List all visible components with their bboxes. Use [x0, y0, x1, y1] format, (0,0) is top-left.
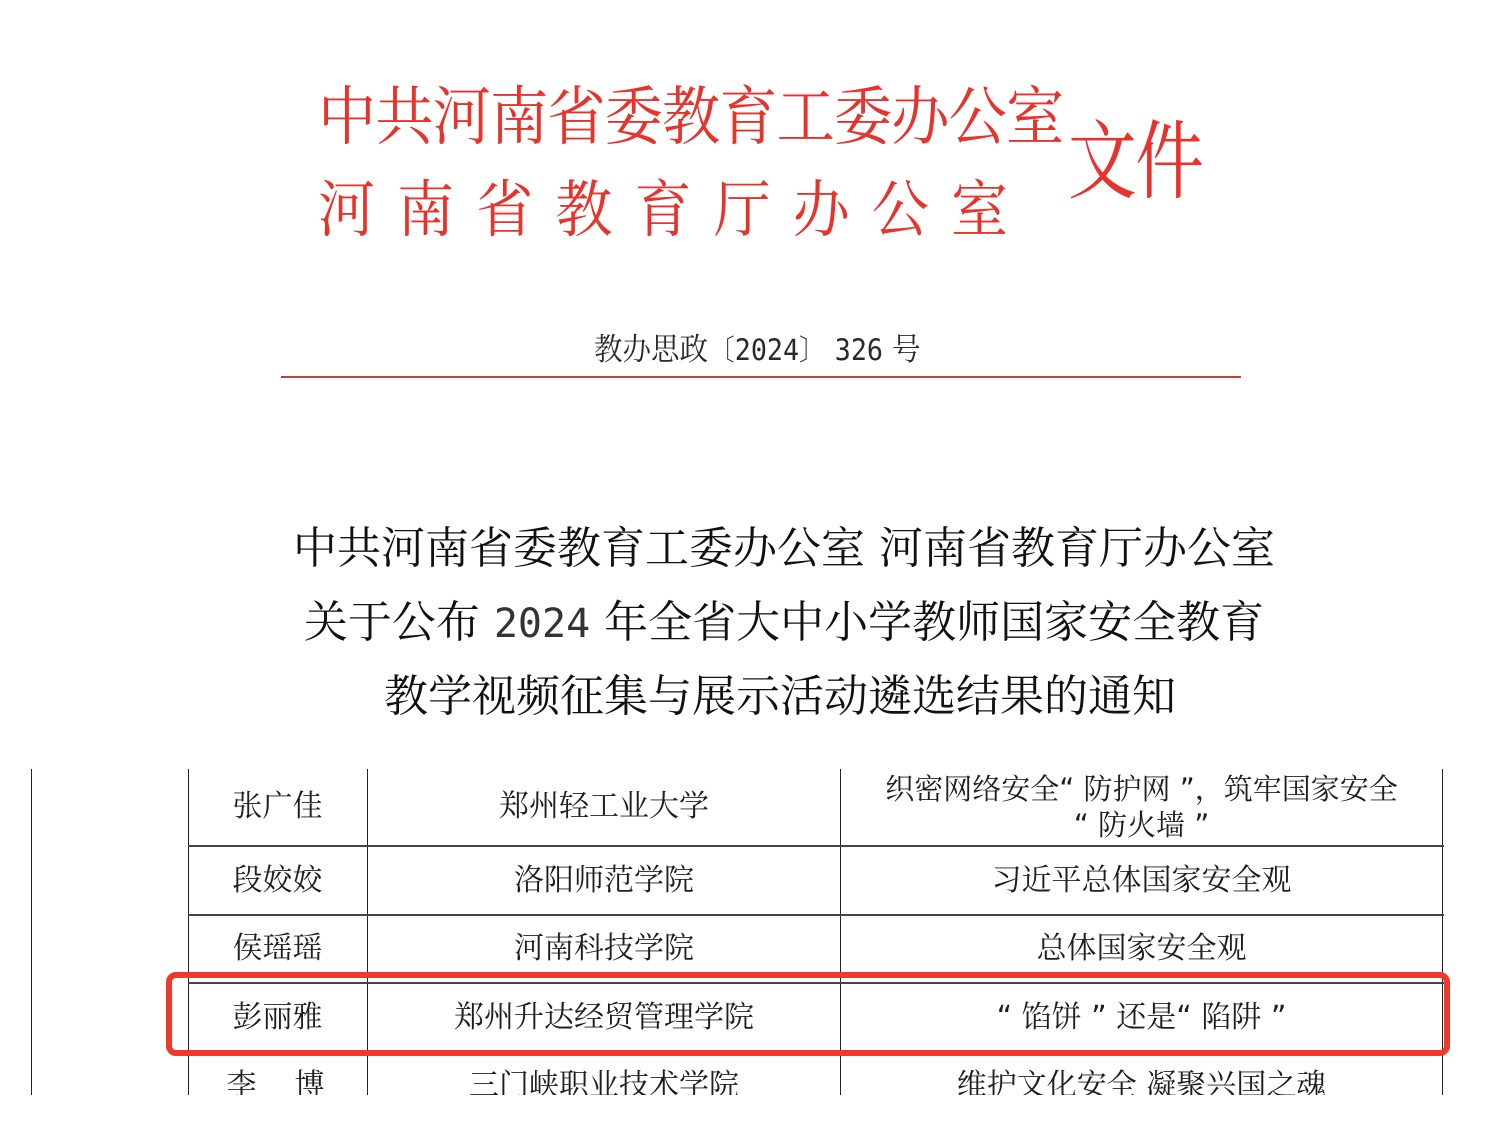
doc-number-suffix: 号: [892, 332, 921, 368]
notice-title-line-2: 关于公布 2024 年全省大中小学教师国家安全教育: [0, 586, 1500, 650]
doc-number-prefix: 教办思政: [594, 332, 708, 368]
cell-work: 习近平总体国家安全观: [841, 847, 1442, 914]
document-number: 教办思政〔2024〕 326 号: [594, 324, 921, 369]
cell-work-line: 织密网络安全“ 防护网 ”，筑牢国家安全: [885, 771, 1398, 807]
cell-name: 段姣姣: [188, 847, 367, 914]
highlight-annotation-box: [166, 972, 1450, 1056]
title-text: 关于公布: [304, 597, 480, 648]
page-margin-rule: [31, 769, 32, 1095]
title-text: 年全省大中小学教师国家安全教育: [604, 597, 1264, 648]
cell-work-line: “ 防火墙 ”: [1074, 807, 1210, 843]
doc-number-year: 〔2024〕: [708, 333, 826, 367]
doc-number-value: 326: [835, 333, 883, 367]
red-header-issuer-1: 中共河南省委教育工委办公室: [318, 66, 1063, 158]
cell-work: 织密网络安全“ 防护网 ”，筑牢国家安全 “ 防火墙 ”: [841, 769, 1442, 851]
red-header-issuer-2: 河南省教育厅办公室: [318, 160, 1030, 249]
notice-title-line-3: 教学视频征集与展示活动遴选结果的通知: [0, 660, 1500, 724]
cell-name: 李 博: [188, 1053, 367, 1095]
cell-school: 洛阳师范学院: [368, 847, 840, 914]
notice-title-line-1: 中共河南省委教育工委办公室 河南省教育厅办公室: [0, 512, 1500, 576]
cell-school: 郑州轻工业大学: [368, 769, 840, 845]
cell-work: 维护文化安全 凝聚兴国之魂: [841, 1053, 1442, 1095]
red-header-doc-type: 文件: [1068, 92, 1202, 216]
red-divider-rule: [281, 376, 1241, 378]
title-year: 2024: [494, 601, 590, 647]
cell-school: 三门峡职业技术学院: [368, 1053, 840, 1095]
cell-name: 张广佳: [188, 769, 367, 845]
